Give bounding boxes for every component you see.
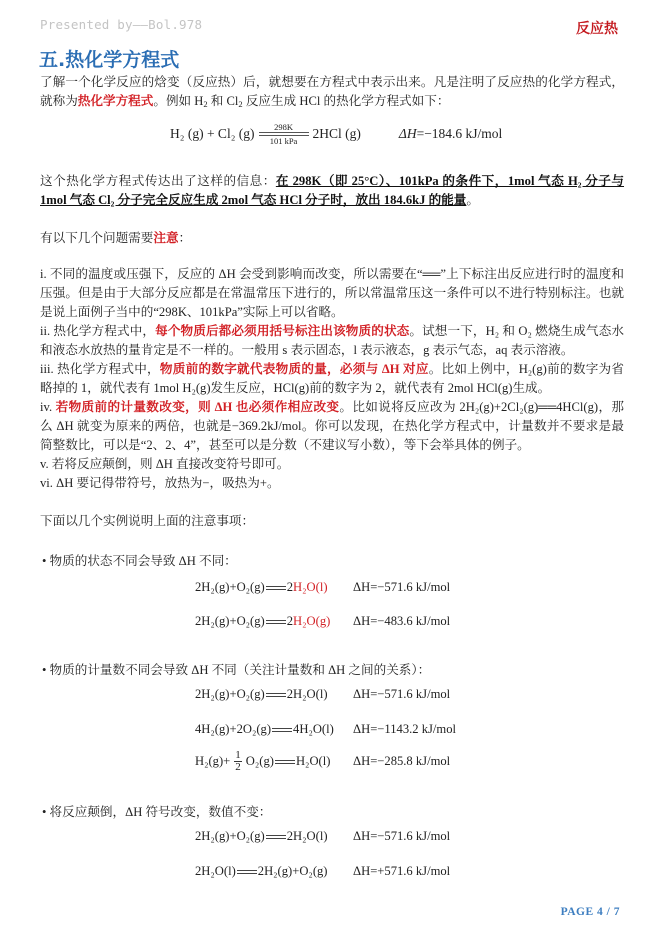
- equals-sign: [266, 586, 286, 590]
- note-item: v. 若将反应颠倒，则 ΔH 直接改变符号即可。: [40, 455, 624, 474]
- equation-lhs-part: H₂(g)+: [195, 754, 230, 769]
- equation-lhs-part: O₂(g): [246, 754, 274, 769]
- equation-lhs: 2H₂(g)+O₂(g): [195, 580, 265, 595]
- note-text: 不同的温度或压强下，反应的 ΔH 会受到影响而改变，所以需要在“══”上下标注出…: [40, 267, 624, 319]
- equation-rhs: 2HCl (g): [313, 126, 361, 142]
- equation-lhs: 2H₂(g)+O₂(g): [195, 614, 265, 629]
- equation-lhs: 2H₂O(l): [195, 864, 236, 879]
- equation-rhs: 2H₂O(l): [287, 687, 328, 702]
- example-equation: 2H₂(g)+O₂(g)2H₂O(g) ΔH=−483.6 kJ/mol: [195, 614, 330, 629]
- notes-intro: 有以下几个问题需要注意：: [40, 229, 624, 248]
- note-number: v.: [40, 457, 49, 471]
- note-highlight: 物质前的数字就代表物质的量，必须与 ΔH 对应: [160, 362, 429, 376]
- notes-intro-suffix: ：: [179, 231, 192, 245]
- example-equation: 2H₂(g)+O₂(g)2H₂O(l) ΔH=−571.6 kJ/mol: [195, 829, 328, 844]
- note-item: vi. ΔH 要记得带符号，放热为−，吸热为+。: [40, 474, 624, 493]
- condition-pressure: 101 kPa: [270, 136, 298, 146]
- note-item: ii. 热化学方程式中，每个物质后都必须用括号标注出该物质的状态。试想一下，H₂…: [40, 322, 624, 360]
- note-item: iv. 若物质前的计量数改变，则 ΔH 也必须作相应改变。比如说将反应改为 2H…: [40, 398, 624, 455]
- main-equation: H₂ (g) + Cl₂ (g) 298K 101 kPa 2HCl (g) Δ…: [170, 122, 502, 146]
- equation-rhs: 2H₂(g)+O₂(g): [258, 864, 328, 879]
- attention-highlight: 注意: [153, 231, 178, 245]
- equals-sign: [266, 693, 286, 697]
- note-item: i. 不同的温度或压强下，反应的 ΔH 会受到影响而改变，所以需要在“══”上下…: [40, 265, 624, 322]
- page-label: PAGE: [561, 906, 594, 918]
- intro-paragraph: 了解一个化学反应的焓变（反应热）后，就想要在方程式中表示出来。凡是注明了反应热的…: [40, 73, 624, 111]
- page-separator: /: [607, 906, 611, 918]
- equation-rhs-state-highlight: H₂O(g): [293, 614, 330, 629]
- intro-text: 反应生成 HCl 的热化学方程式如下：: [243, 94, 450, 108]
- condition-arrow: 298K 101 kPa: [259, 122, 309, 146]
- notes-intro-text: 有以下几个问题需要: [40, 231, 153, 245]
- enthalpy-change: ΔH=−184.6 kJ/mol: [399, 126, 502, 142]
- note-number: iii.: [40, 362, 54, 376]
- note-highlight: 每个物质后都必须用括号标注出该物质的状态: [155, 324, 409, 338]
- delta-h-value: ΔH=−571.6 kJ/mol: [353, 580, 450, 595]
- meaning-paragraph: 这个热化学方程式传达出了这样的信息：在 298K（即 25°C）、101kPa …: [40, 172, 624, 210]
- delta-h-value: ΔH=−571.6 kJ/mol: [353, 829, 450, 844]
- page-indicator: PAGE 4 / 7: [561, 906, 620, 918]
- delta-h-value: ΔH=−483.6 kJ/mol: [353, 614, 450, 629]
- equation-lhs: 2H₂(g)+O₂(g): [195, 687, 265, 702]
- equation-lhs: 4H₂(g)+2O₂(g): [195, 722, 271, 737]
- note-number: vi.: [40, 476, 53, 490]
- equation-rhs-state-highlight: H₂O(l): [293, 580, 327, 595]
- equation-rhs: 4H₂O(l): [293, 722, 334, 737]
- chapter-label: 反应热: [576, 18, 618, 38]
- equation-lhs: H₂ (g) + Cl₂ (g): [170, 126, 255, 142]
- delta-h-value: ΔH=−571.6 kJ/mol: [353, 687, 450, 702]
- notes-list: i. 不同的温度或压强下，反应的 ΔH 会受到影响而改变，所以需要在“══”上下…: [40, 265, 624, 493]
- example-equation: 4H₂(g)+2O₂(g)4H₂O(l) ΔH=−1143.2 kJ/mol: [195, 722, 334, 737]
- example-equation: 2H₂(g)+O₂(g)2H₂O(l) ΔH=−571.6 kJ/mol: [195, 580, 328, 595]
- intro-text: 。例如 H: [153, 94, 203, 108]
- current-page: 4: [597, 906, 603, 918]
- condition-temperature: 298K: [274, 122, 293, 132]
- equals-sign: [275, 760, 295, 764]
- example-equation: 2H₂O(l)2H₂(g)+O₂(g) ΔH=+571.6 kJ/mol: [195, 864, 328, 879]
- fraction: 12: [234, 750, 242, 773]
- meaning-suffix: 。: [466, 193, 479, 207]
- note-highlight: 若物质前的计量数改变，则 ΔH 也必须作相应改变: [56, 400, 340, 414]
- section-title: 五.热化学方程式: [39, 45, 179, 72]
- equation-lhs: 2H₂(g)+O₂(g): [195, 829, 265, 844]
- note-number: iv.: [40, 400, 52, 414]
- delta-h-value: =−184.6 kJ/mol: [417, 126, 503, 141]
- example-bullet: • 物质的计量数不同会导致 ΔH 不同（关注计量数和 ΔH 之间的关系）：: [42, 659, 430, 678]
- examples-intro: 下面以几个实例说明上面的注意事项：: [40, 512, 624, 531]
- fraction-denominator: 2: [235, 762, 241, 773]
- intro-text: 和 Cl: [208, 94, 239, 108]
- total-pages: 7: [614, 906, 620, 918]
- equals-sign: [266, 835, 286, 839]
- equals-sign: [237, 870, 257, 874]
- note-text: 热化学方程式中，: [50, 324, 155, 338]
- equals-sign: [266, 620, 286, 624]
- note-number: ii.: [40, 324, 50, 338]
- equation-rhs: H₂O(l): [296, 754, 330, 769]
- example-equation: H₂(g)+12 O₂(g)H₂O(l) ΔH=−285.8 kJ/mol: [195, 750, 330, 773]
- note-item: iii. 热化学方程式中，物质前的数字就代表物质的量，必须与 ΔH 对应。比如上…: [40, 360, 624, 398]
- equation-rhs: 2H₂O(l): [287, 829, 328, 844]
- note-text: ΔH 要记得带符号，放热为−，吸热为+。: [53, 476, 280, 490]
- note-number: i.: [40, 267, 47, 281]
- note-text: 热化学方程式中，: [54, 362, 160, 376]
- equals-sign: [272, 728, 292, 732]
- note-text: 若将反应颠倒，则 ΔH 直接改变符号即可。: [49, 457, 290, 471]
- delta-h-value: ΔH=−1143.2 kJ/mol: [353, 722, 456, 737]
- delta-h-label: ΔH: [399, 126, 417, 141]
- example-equation: 2H₂(g)+O₂(g)2H₂O(l) ΔH=−571.6 kJ/mol: [195, 687, 328, 702]
- delta-h-value: ΔH=+571.6 kJ/mol: [353, 864, 450, 879]
- presenter-credit: Presented by——Bol.978: [40, 17, 202, 32]
- meaning-prefix: 这个热化学方程式传达出了这样的信息：: [40, 174, 276, 188]
- example-bullet: • 物质的状态不同会导致 ΔH 不同：: [42, 550, 237, 569]
- term-highlight: 热化学方程式: [78, 94, 154, 108]
- example-bullet: • 将反应颠倒，ΔH 符号改变，数值不变：: [42, 801, 271, 820]
- delta-h-value: ΔH=−285.8 kJ/mol: [353, 754, 450, 769]
